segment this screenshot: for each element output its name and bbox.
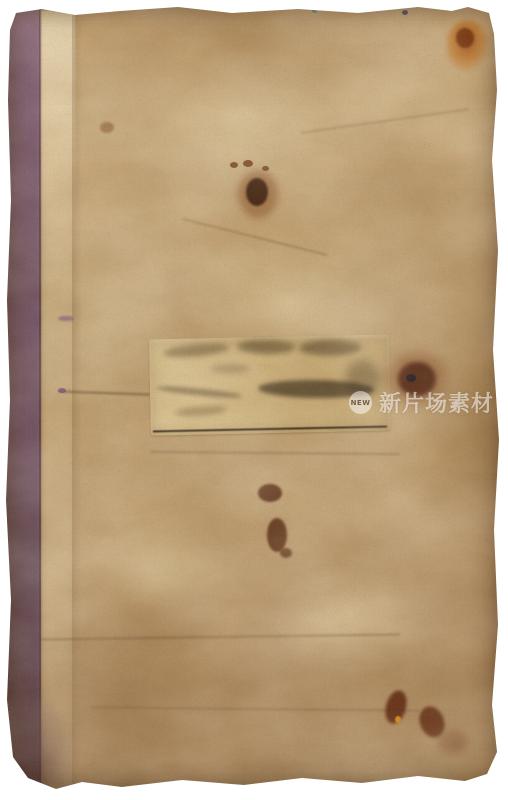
- watermark-text: 新片场素材: [379, 387, 494, 418]
- watermark-logo-icon: NEW: [349, 391, 372, 414]
- watermark: NEW 新片场素材: [349, 387, 494, 418]
- watermark-logo-text: NEW: [351, 399, 371, 407]
- book-cover: NEW 新片场素材: [0, 0, 508, 800]
- photo-background: NEW 新片场素材: [0, 0, 508, 800]
